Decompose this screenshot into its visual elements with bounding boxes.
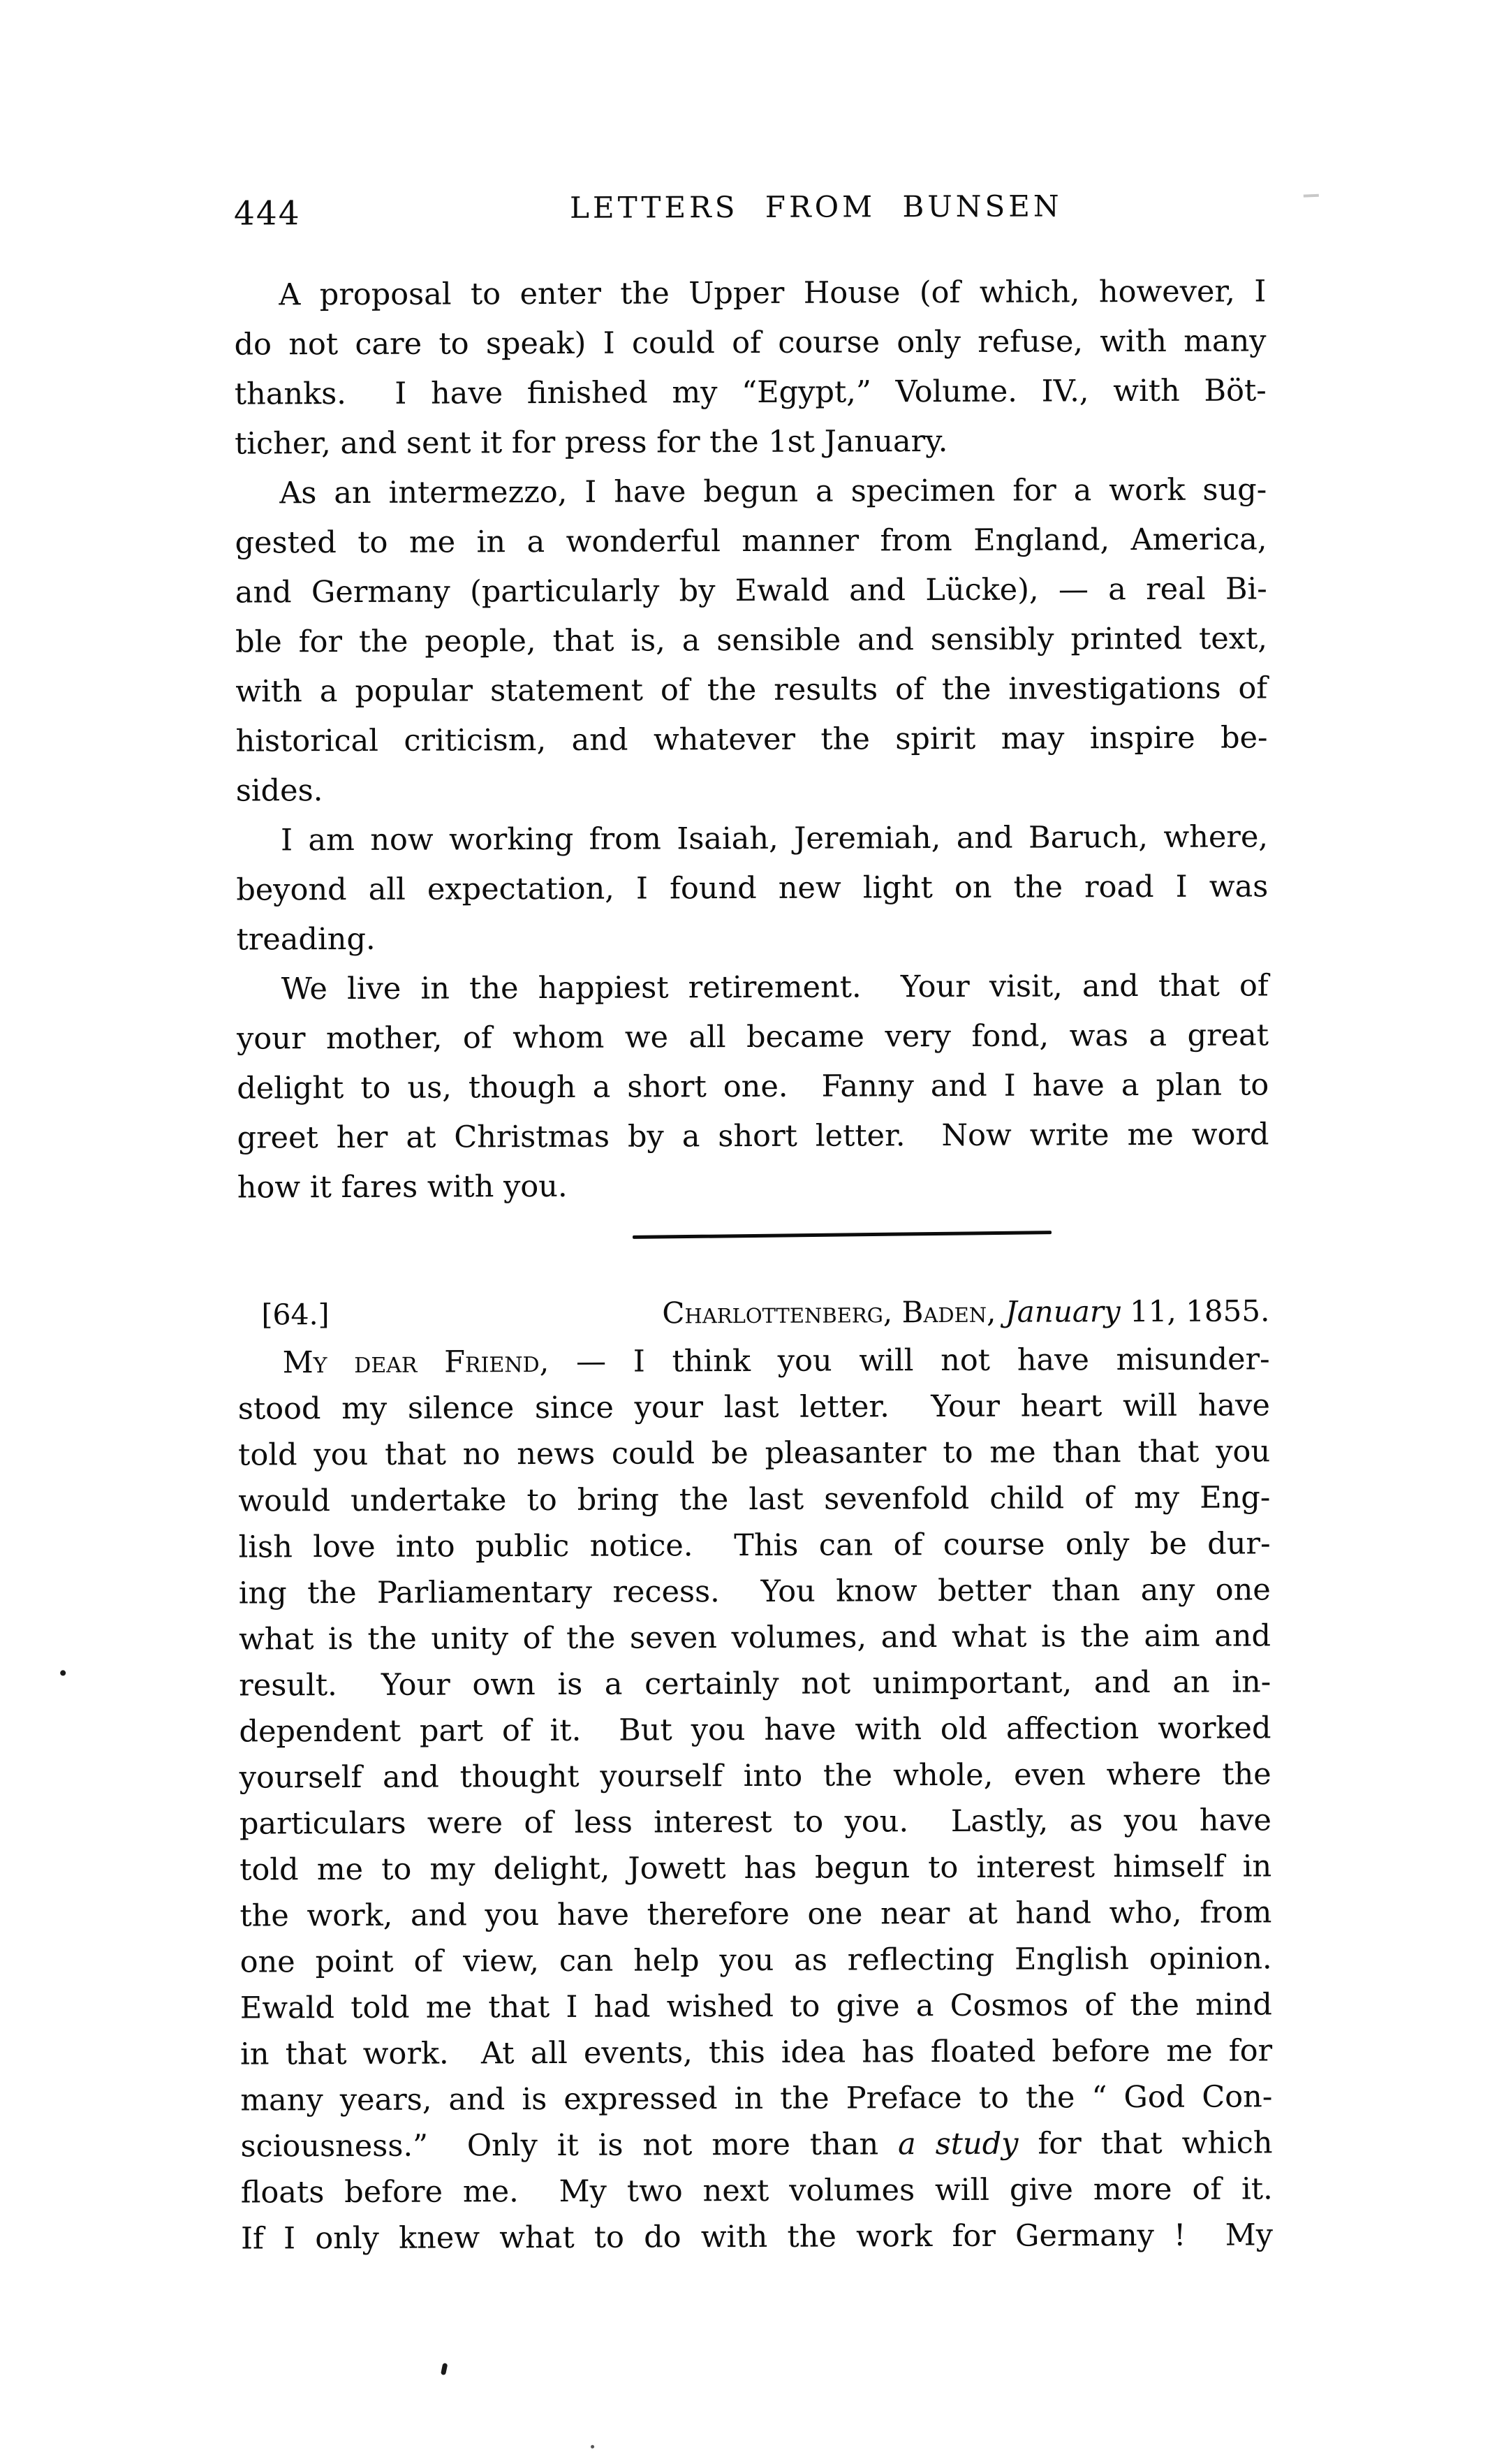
letter-number: [64.] — [237, 1289, 329, 1340]
page-number: 444 — [234, 194, 301, 233]
text-line: yourself and thought yourself into the w… — [239, 1751, 1271, 1801]
text-line: told you that no news could be pleasante… — [238, 1428, 1270, 1478]
text-line: I am now working from Isaiah, Jeremiah, … — [236, 812, 1268, 865]
text-segment: would undertake to bring the last sevenf… — [238, 1480, 1270, 1518]
text-line: and Germany (particularly by Ewald and L… — [235, 564, 1267, 617]
text-line: We live in the happiest retirement. Your… — [237, 961, 1269, 1014]
text-segment: for that which — [1018, 2125, 1272, 2161]
text-segment: floats before me. My two next volumes wi… — [241, 2171, 1273, 2210]
text-line: beyond all expectation, I found new ligh… — [236, 862, 1268, 915]
text-segment: how it fares with you. — [237, 1169, 568, 1205]
text-segment: with a popular statement of the results … — [235, 670, 1267, 709]
text-segment: Charlottenberg, Baden, — [662, 1295, 1005, 1330]
text-segment: greet her at Christmas by a short letter… — [237, 1117, 1269, 1155]
text-segment: told you that no news could be pleasante… — [238, 1434, 1270, 1472]
text-line: one point of view, can help you as refle… — [240, 1935, 1272, 1985]
text-line: gested to me in a wonderful manner from … — [235, 515, 1267, 568]
scan-smudge — [1304, 194, 1319, 198]
text-segment: A proposal to enter the Upper House (of … — [279, 274, 1266, 312]
text-segment: treading. — [236, 922, 375, 958]
text-line: As an intermezzo, I have begun a specime… — [235, 465, 1267, 518]
text-segment: As an intermezzo, I have begun a specime… — [279, 472, 1267, 511]
scan-speck — [60, 1670, 66, 1675]
paragraph: We live in the happiest retirement. Your… — [237, 961, 1269, 1212]
text-segment: thanks. I have finished my “Egypt,” Volu… — [235, 373, 1267, 411]
text-line: stood my silence since your last letter.… — [238, 1382, 1270, 1432]
paragraph: A proposal to enter the Upper House (of … — [234, 267, 1267, 469]
text-line: delight to us, though a short one. Fanny… — [237, 1060, 1269, 1113]
text-line: your mother, of whom we all became very … — [237, 1011, 1269, 1064]
text-segment: — I think you will not have misunder- — [549, 1342, 1269, 1379]
letter-64-heading: [64.] Charlottenberg, Baden, January 11,… — [237, 1285, 1269, 1340]
text-line: floats before me. My two next volumes wi… — [241, 2166, 1273, 2215]
text-segment: I am now working from Isaiah, Jeremiah, … — [281, 819, 1268, 858]
text-segment: particulars were of less interest to you… — [239, 1803, 1271, 1841]
text-segment: gested to me in a wonderful manner from … — [235, 522, 1267, 560]
text-segment: your mother, of whom we all became very … — [237, 1018, 1269, 1056]
text-segment: If I only knew what to do with the work … — [241, 2217, 1273, 2256]
text-line: greet her at Christmas by a short letter… — [237, 1110, 1269, 1163]
text-line: If I only knew what to do with the work … — [241, 2212, 1273, 2261]
text-segment: told me to my delight, Jowett has begun … — [239, 1849, 1271, 1887]
text-segment: 11, 1855. — [1121, 1293, 1270, 1328]
paragraph: I am now working from Isaiah, Jeremiah, … — [236, 812, 1269, 965]
text-segment: sides. — [236, 773, 323, 808]
text-segment: beyond all expectation, I found new ligh… — [236, 869, 1268, 907]
text-line: ing the Parliamentary recess. You know b… — [239, 1567, 1271, 1616]
text-segment: sciousness.” Only it is not more than — [240, 2127, 898, 2164]
text-segment: many years, and is expressed in the Pref… — [240, 2079, 1272, 2118]
text-line: what is the unity of the seven volumes, … — [239, 1613, 1271, 1662]
text-segment: yourself and thought yourself into the w… — [239, 1757, 1271, 1795]
text-segment: January — [1005, 1294, 1121, 1329]
letter-63-body: A proposal to enter the Upper House (of … — [234, 267, 1269, 1212]
section-divider-rule — [633, 1231, 1052, 1239]
text-segment: do not care to speak) I could of course … — [234, 323, 1266, 362]
text-segment: lish love into public notice. This can o… — [238, 1526, 1270, 1564]
text-line: the work, and you have therefore one nea… — [239, 1889, 1271, 1939]
text-line: result. Your own is a certainly not unim… — [239, 1659, 1271, 1708]
text-line: ticher, and sent it for press for the 1s… — [235, 416, 1267, 469]
text-line: thanks. I have finished my “Egypt,” Volu… — [235, 366, 1267, 419]
text-line: many years, and is expressed in the Pref… — [240, 2074, 1272, 2123]
text-segment: dependent part of it. But you have with … — [239, 1710, 1271, 1749]
text-segment: delight to us, though a short one. Fanny… — [237, 1067, 1269, 1106]
text-segment: in that work. At all events, this idea h… — [240, 2033, 1272, 2071]
text-segment: We live in the happiest retirement. Your… — [281, 968, 1269, 1006]
text-segment: ing the Parliamentary recess. You know b… — [239, 1572, 1271, 1611]
text-segment: Ewald told me that I had wished to give … — [240, 1987, 1272, 2025]
text-segment: historical criticism, and whatever the s… — [235, 720, 1267, 758]
text-segment: one point of view, can help you as refle… — [240, 1941, 1272, 1979]
paragraph: As an intermezzo, I have begun a specime… — [235, 465, 1268, 816]
text-segment: ble for the people, that is, a sensible … — [235, 621, 1267, 659]
text-line: would undertake to bring the last sevenf… — [238, 1474, 1270, 1524]
text-line: Ewald told me that I had wished to give … — [240, 1981, 1272, 2031]
page-header-title: LETTERS FROM BUNSEN — [234, 188, 1266, 226]
text-line: historical criticism, and whatever the s… — [235, 713, 1267, 766]
text-line: sides. — [236, 763, 1268, 816]
letter-64-body: My dear Friend, — I think you will not h… — [238, 1336, 1274, 2261]
scanned-book-page: 444 LETTERS FROM BUNSEN A proposal to en… — [0, 0, 1497, 2464]
text-line: treading. — [236, 911, 1268, 965]
text-line: how it fares with you. — [237, 1159, 1269, 1212]
scan-speck — [441, 2363, 448, 2375]
text-segment: stood my silence since your last letter.… — [238, 1388, 1270, 1426]
text-segment: what is the unity of the seven volumes, … — [239, 1618, 1271, 1657]
text-line: sciousness.” Only it is not more than a … — [240, 2120, 1272, 2169]
text-segment: and Germany (particularly by Ewald and L… — [235, 571, 1267, 610]
text-line: told me to my delight, Jowett has begun … — [239, 1843, 1271, 1893]
text-line: do not care to speak) I could of course … — [234, 316, 1266, 369]
text-line: A proposal to enter the Upper House (of … — [234, 267, 1266, 320]
text-segment: ticher, and sent it for press for the 1s… — [235, 424, 948, 462]
text-segment: a study — [898, 2127, 1019, 2162]
scan-speck — [591, 2445, 594, 2449]
text-segment: the work, and you have therefore one nea… — [239, 1895, 1271, 1933]
text-line: with a popular statement of the results … — [235, 663, 1267, 717]
text-segment: result. Your own is a certainly not unim… — [239, 1664, 1271, 1703]
text-line: dependent part of it. But you have with … — [239, 1705, 1271, 1754]
text-line: in that work. At all events, this idea h… — [240, 2027, 1272, 2077]
running-head: 444 LETTERS FROM BUNSEN — [234, 188, 1266, 236]
text-line: My dear Friend, — I think you will not h… — [238, 1336, 1270, 1386]
text-segment: My dear Friend, — [283, 1344, 550, 1380]
text-line: particulars were of less interest to you… — [239, 1797, 1271, 1847]
text-line: lish love into public notice. This can o… — [238, 1520, 1270, 1570]
letter-dateline: Charlottenberg, Baden, January 11, 1855. — [662, 1285, 1269, 1338]
text-line: ble for the people, that is, a sensible … — [235, 614, 1267, 667]
